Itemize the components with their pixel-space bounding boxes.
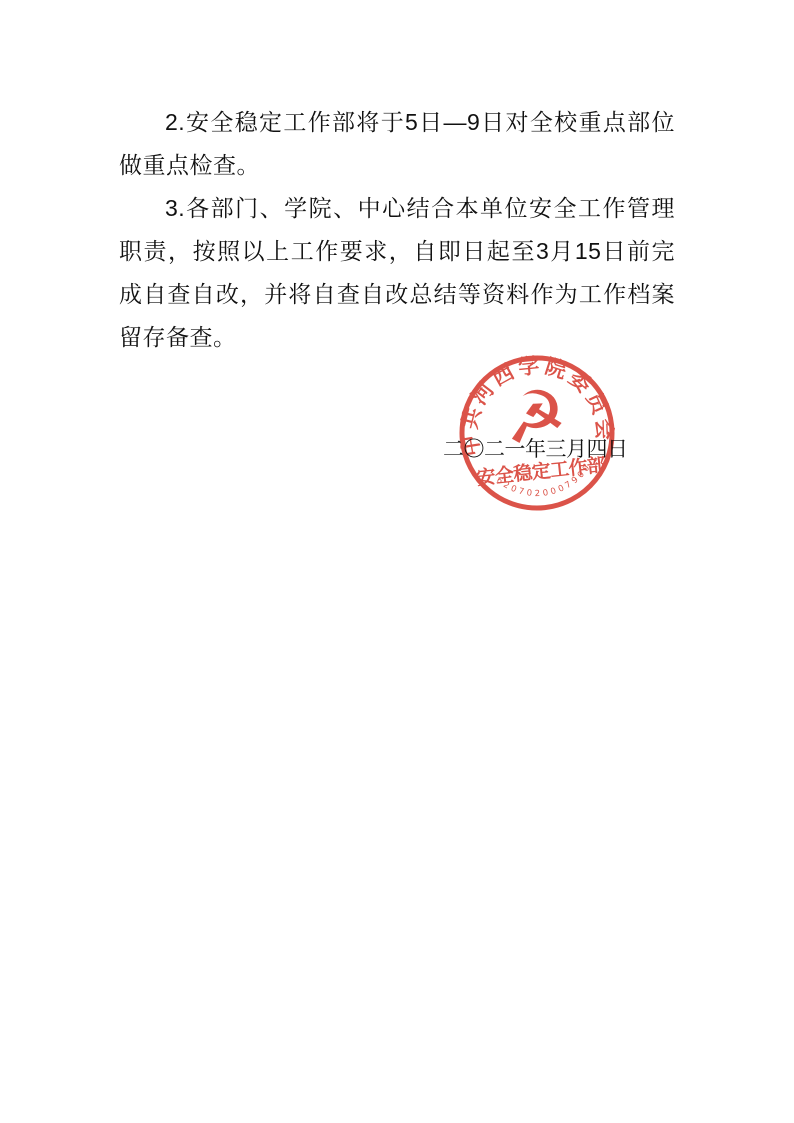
paragraph-item-2: 2.安全稳定工作部将于5日—9日对全校重点部位做重点检查。 (119, 101, 675, 187)
document-page: 2.安全稳定工作部将于5日—9日对全校重点部位做重点检查。 3.各部门、学院、中… (0, 0, 794, 1123)
paragraph-item-3: 3.各部门、学院、中心结合本单位安全工作管理职责，按照以上工作要求，自即日起至3… (119, 187, 675, 359)
document-body: 2.安全稳定工作部将于5日—9日对全校重点部位做重点检查。 3.各部门、学院、中… (119, 101, 675, 359)
official-seal: 中共河西学院委员会 ☭ 安全稳定工作部 6207020007900 (447, 343, 627, 523)
hammer-and-sickle-icon: ☭ (500, 373, 571, 461)
